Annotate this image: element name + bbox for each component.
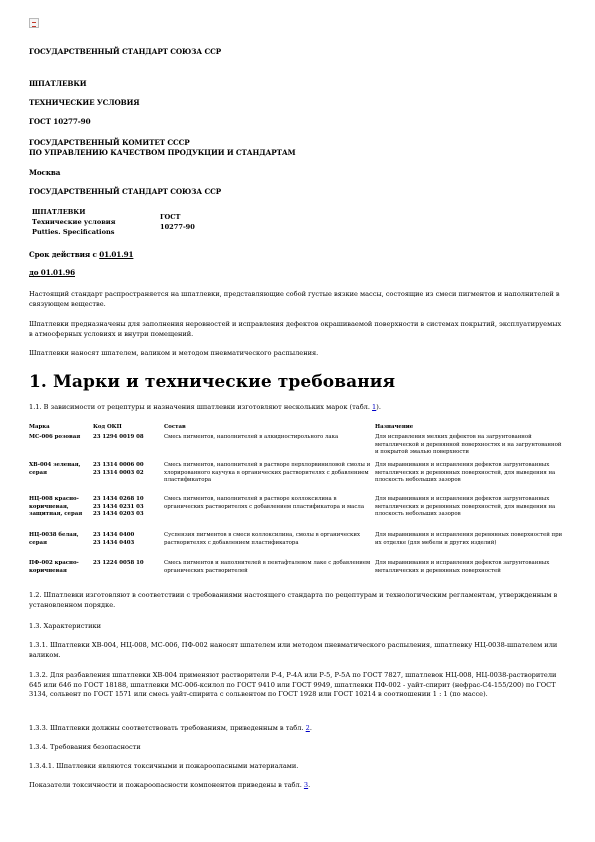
header-composition: Состав [164, 424, 374, 432]
header-okp: Код ОКП [93, 424, 163, 432]
cell-mark: ПФ-002 красно-коричневая [29, 560, 89, 575]
validity-from: Срок действия с 01.01.91 [29, 250, 133, 260]
validity-to-label: до [29, 268, 41, 277]
paragraph-1-1-end: ). [376, 403, 381, 411]
designation-gost-label: ГОСТ [160, 213, 180, 223]
gost-number: ГОСТ 10277-90 [29, 117, 91, 127]
standard-union-title-repeat: ГОСУДАРСТВЕННЫЙ СТАНДАРТ СОЮЗА ССР [29, 187, 221, 197]
cell-mark: ХВ-004 зеленая, серая [29, 462, 89, 477]
designation-subtitle-ru: Технические условия [32, 218, 116, 228]
paragraph-1-3-2: 1.3.2. Для разбавления шпатлевки ХВ-004 … [29, 671, 564, 700]
paragraph-1-3-4-1: 1.3.4.1. Шпатлевки являются токсичными и… [29, 762, 564, 772]
committee-line-2: ПО УПРАВЛЕНИЮ КАЧЕСТВОМ ПРОДУКЦИИ И СТАН… [29, 148, 295, 158]
product-title: ШПАТЛЕВКИ [29, 79, 86, 89]
paragraph-1-1-text: 1.1. В зависимости от рецептуры и назнач… [29, 403, 372, 411]
paragraph-1-1: 1.1. В зависимости от рецептуры и назнач… [29, 403, 381, 413]
intro-paragraph-1: Настоящий стандарт распространяется на ш… [29, 290, 564, 309]
validity-from-date: 01.01.91 [99, 250, 133, 259]
cell-okp: 23 1224 0058 10 [93, 560, 163, 568]
paragraph-1-2: 1.2. Шпатлевки изготовляют в соответстви… [29, 591, 564, 610]
cell-okp: 23 1434 0268 10 23 1434 0231 03 23 1434 … [93, 496, 163, 519]
validity-to-date: 01.01.96 [41, 268, 75, 277]
validity-to: до 01.01.96 [29, 268, 75, 278]
committee-line-1: ГОСУДАРСТВЕННЫЙ КОМИТЕТ СССР [29, 138, 190, 148]
paragraph-toxicity: Показатели токсичности и пожароопасности… [29, 781, 564, 791]
cell-composition: Смесь пигментов, наполнителей в растворе… [164, 462, 374, 485]
intro-paragraph-3: Шпатлевки наносят шпателем, валиком и ме… [29, 349, 564, 359]
paragraph-1-3-1: 1.3.1. Шпатлевки ХВ-004, НЦ-008, МС-006,… [29, 641, 564, 660]
cell-mark: МС-006 розовая [29, 434, 89, 442]
cell-mark: НЦ-008 красно-коричневая, защитная, сера… [29, 496, 89, 519]
cell-purpose: Для выравнивания и исправления дефектов … [375, 560, 565, 575]
conditions-title: ТЕХНИЧЕСКИЕ УСЛОВИЯ [29, 98, 140, 108]
cell-composition: Смесь пигментов и наполнителей в пентафт… [164, 560, 374, 575]
cell-purpose: Для исправления мелких дефектов на загру… [375, 434, 565, 457]
cell-composition: Смесь пигментов, наполнителей в алкиднос… [164, 434, 374, 442]
paragraph-toxicity-text: Показатели токсичности и пожароопасности… [29, 781, 304, 789]
cell-okp: 23 1294 0019 08 [93, 434, 163, 442]
standard-union-title: ГОСУДАРСТВЕННЫЙ СТАНДАРТ СОЮЗА ССР [29, 47, 221, 57]
cell-purpose: Для выравнивания и исправления дефектов … [375, 462, 565, 485]
paragraph-1-3-3: 1.3.3. Шпатлевки должны соответствовать … [29, 724, 564, 734]
designation-name: ШПАТЛЕВКИ [32, 208, 86, 218]
header-purpose: Назначение [375, 424, 565, 432]
paragraph-1-3-4: 1.3.4. Требования безопасности [29, 743, 564, 753]
document-page: ГОСУДАРСТВЕННЫЙ СТАНДАРТ СОЮЗА ССР ШПАТЛ… [0, 0, 595, 842]
header-mark: Марка [29, 424, 89, 432]
validity-from-label: Срок действия с [29, 250, 99, 259]
cell-mark: НЦ-0038 белая, серая [29, 532, 89, 547]
cell-okp: 23 1434 0400 23 1434 0403 [93, 532, 163, 547]
cell-purpose: Для выравнивания и исправления дефектов … [375, 496, 565, 519]
paragraph-1-3-3-end: . [310, 724, 312, 732]
paragraph-toxicity-end: . [308, 781, 310, 789]
cell-composition: Суспензия пигментов в смеси коллоксилина… [164, 532, 374, 547]
intro-paragraph-2: Шпатлевки предназначены для заполнения н… [29, 320, 564, 339]
designation-gost-code: 10277-90 [160, 223, 195, 233]
paragraph-1-3: 1.3. Характеристики [29, 622, 564, 632]
paragraph-1-3-3-text: 1.3.3. Шпатлевки должны соответствовать … [29, 724, 306, 732]
section-1-heading: 1. Марки и технические требования [29, 371, 395, 393]
designation-subtitle-en: Putties. Specifications [32, 228, 114, 238]
city: Москва [29, 168, 60, 178]
cell-purpose: Для выравнивания и исправления деревянны… [375, 532, 565, 547]
broken-image-icon [29, 18, 39, 28]
cell-okp: 23 1314 0006 00 23 1314 0003 02 [93, 462, 163, 477]
cell-composition: Смесь пигментов, наполнителей в растворе… [164, 496, 374, 511]
